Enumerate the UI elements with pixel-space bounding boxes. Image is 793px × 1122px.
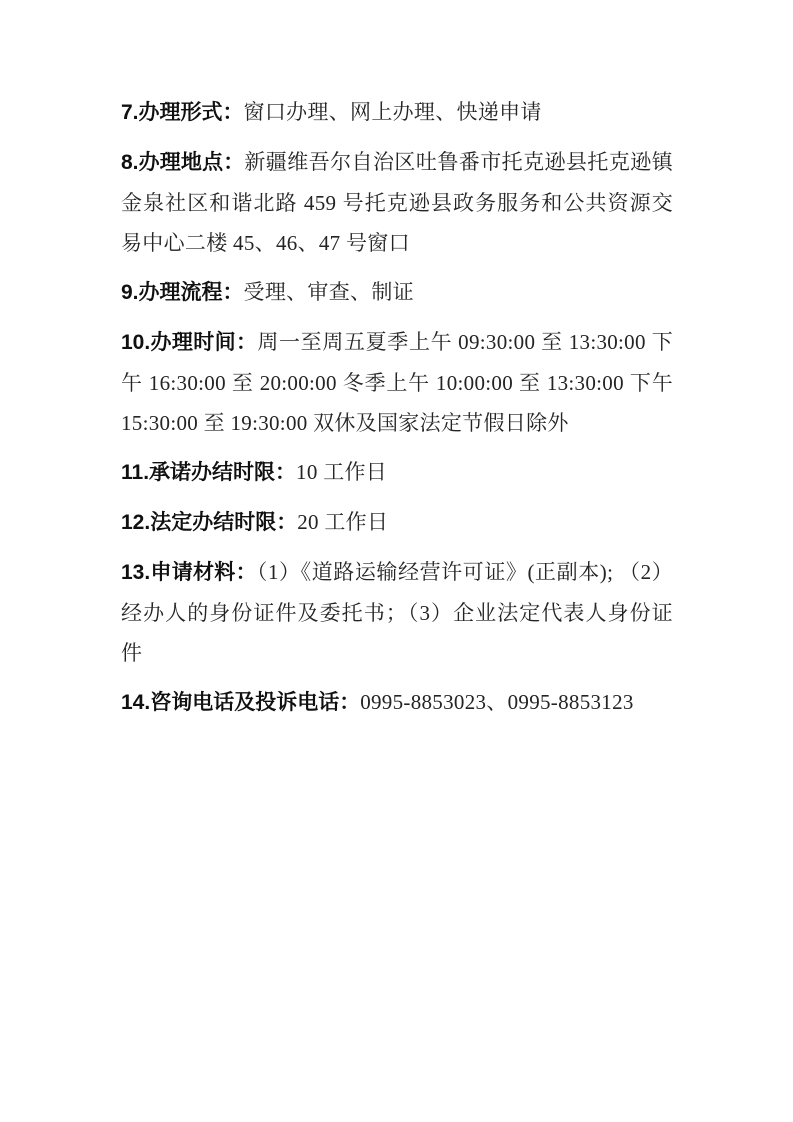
procedure-item-8: 8.办理地点：新疆维吾尔自治区吐鲁番市托克逊县托克逊镇金泉社区和谐北路 459 … bbox=[121, 142, 673, 263]
item-label: 12.法定办结时限： bbox=[121, 511, 297, 534]
item-content: 窗口办理、网上办理、快递申请 bbox=[244, 100, 542, 124]
item-content: 10 工作日 bbox=[296, 460, 387, 484]
procedure-item-14: 14.咨询电话及投诉电话：0995-8853023、0995-8853123 bbox=[121, 682, 673, 723]
item-label: 11.承诺办结时限： bbox=[121, 461, 296, 484]
item-content: 20 工作日 bbox=[297, 510, 388, 534]
item-label: 7.办理形式： bbox=[121, 101, 244, 124]
procedure-item-10: 10.办理时间：周一至周五夏季上午 09:30:00 至 13:30:00 下午… bbox=[121, 322, 673, 443]
item-label: 14.咨询电话及投诉电话： bbox=[121, 691, 360, 714]
procedure-item-9: 9.办理流程：受理、审查、制证 bbox=[121, 272, 673, 313]
document-body: 7.办理形式：窗口办理、网上办理、快递申请 8.办理地点：新疆维吾尔自治区吐鲁番… bbox=[121, 92, 673, 723]
item-content: 受理、审查、制证 bbox=[244, 280, 414, 304]
procedure-item-11: 11.承诺办结时限：10 工作日 bbox=[121, 452, 673, 493]
item-label: 9.办理流程： bbox=[121, 281, 244, 304]
procedure-item-13: 13.申请材料：（1）《道路运输经营许可证》(正副本); （2）经办人的身份证件… bbox=[121, 552, 673, 673]
item-label: 10.办理时间： bbox=[121, 331, 257, 354]
procedure-item-7: 7.办理形式：窗口办理、网上办理、快递申请 bbox=[121, 92, 673, 133]
document-page: 7.办理形式：窗口办理、网上办理、快递申请 8.办理地点：新疆维吾尔自治区吐鲁番… bbox=[0, 0, 793, 1122]
item-label: 8.办理地点： bbox=[121, 151, 244, 174]
item-label: 13.申请材料： bbox=[121, 561, 257, 584]
item-content: 0995-8853023、0995-8853123 bbox=[360, 690, 634, 714]
procedure-item-12: 12.法定办结时限：20 工作日 bbox=[121, 502, 673, 543]
